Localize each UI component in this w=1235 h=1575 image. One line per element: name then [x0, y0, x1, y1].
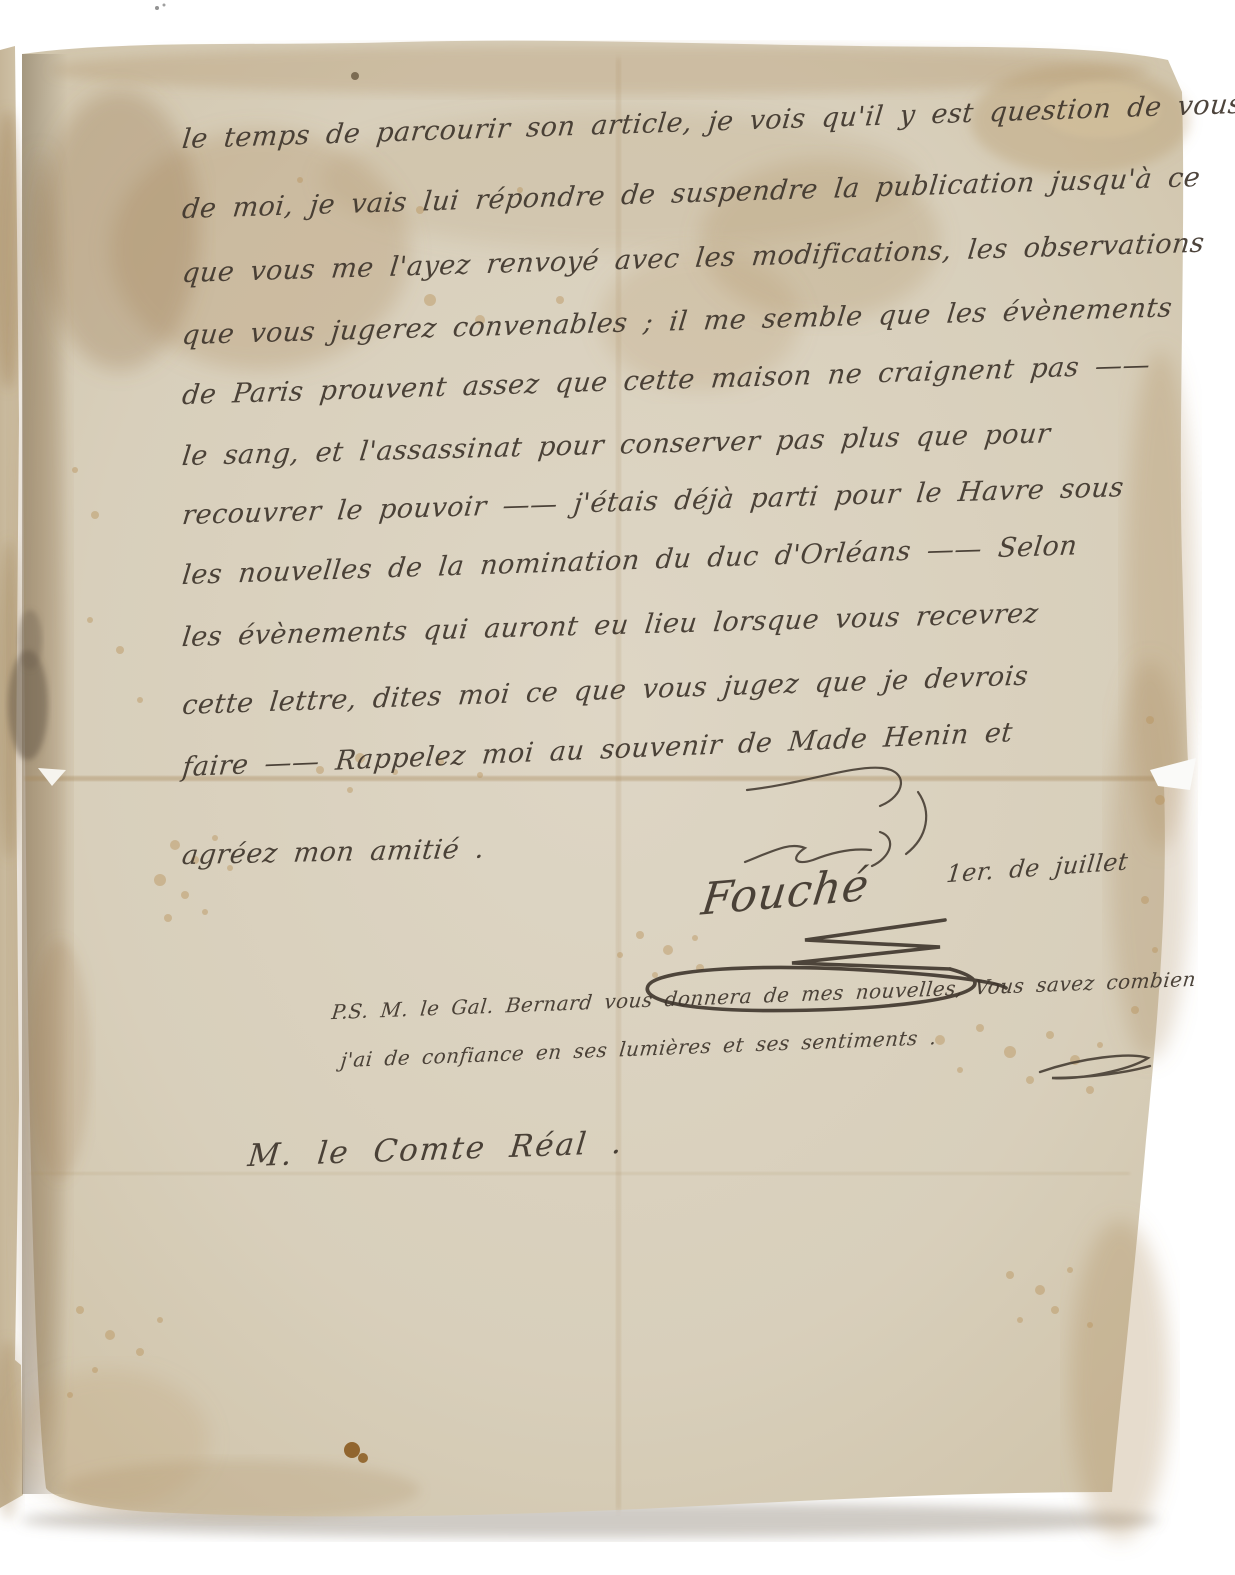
letter-scan: le temps de parcourir son article, je vo…	[0, 0, 1235, 1575]
letter-closing: agréez mon amitié .	[180, 834, 486, 871]
